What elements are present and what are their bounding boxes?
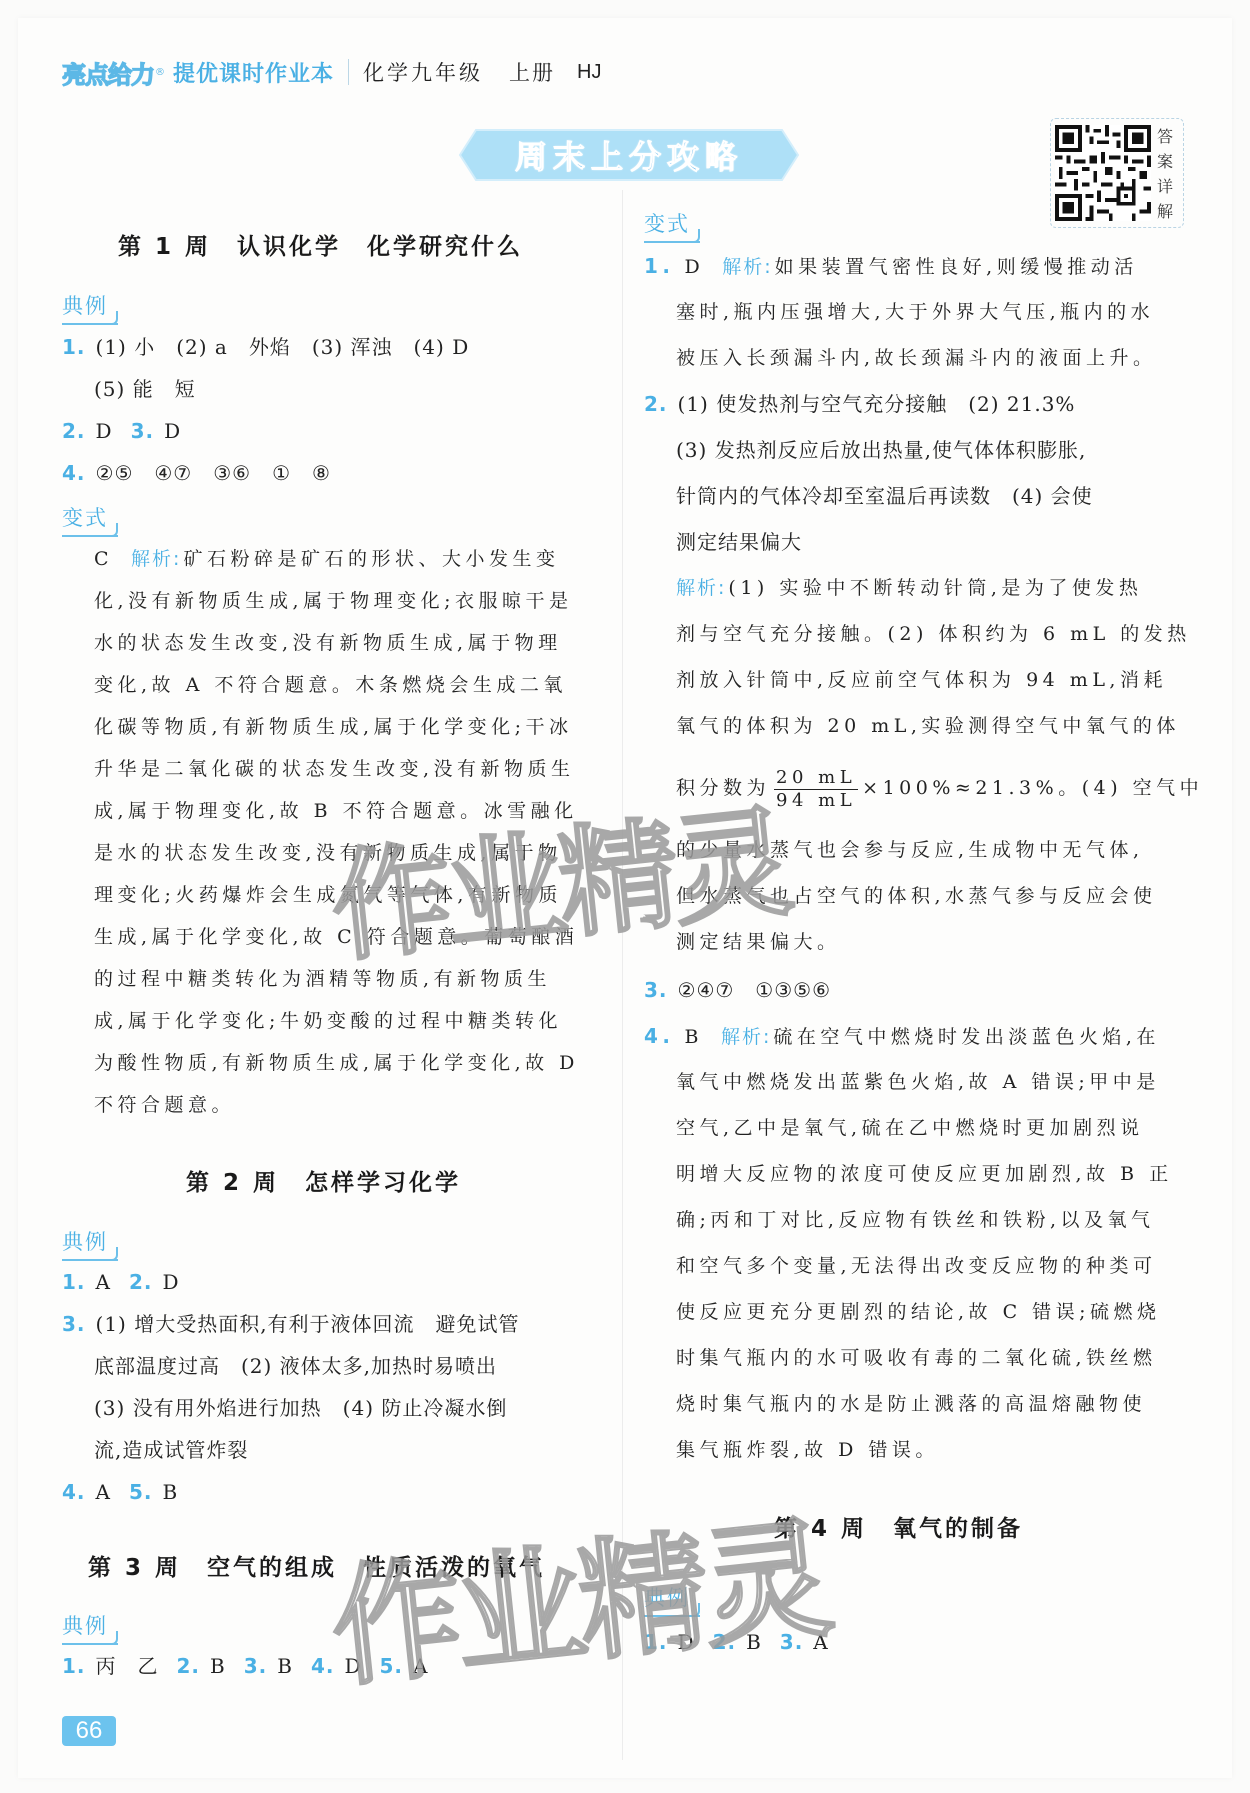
week2-example-q1-q2: 1.A2.D (62, 1268, 180, 1296)
volume: 上册 (509, 57, 555, 87)
week3-variant-q1-line: 塞时,瓶内压强增大,大于外界大气压,瓶内的水 (676, 298, 1154, 326)
week3-variant-q4-line: 确;丙和丁对比,反应物有铁丝和铁粉,以及氧气 (676, 1206, 1154, 1234)
week3-variant-q4-line: 明增大反应物的浓度可使反应更加剧烈,故 B 正 (676, 1160, 1173, 1188)
column-divider (622, 190, 623, 1760)
week1-variant-line: 升华是二氧化碳的状态发生改变,没有新物质生 (94, 755, 575, 783)
week1-variant-line: 生成,属于化学变化,故 C 符合题意。葡萄酿酒 (94, 923, 578, 951)
week2-example-q3-cont: 底部温度过高 (2) 液体太多,加热时易喷出 (94, 1352, 497, 1380)
week3-variant-q4-line: 空气,乙中是氧气,硫在乙中燃烧时更加剧烈说 (676, 1114, 1144, 1142)
week3-variant-q2-analysis: 解析:(1) 实验中不断转动针筒,是为了使发热 (676, 574, 1142, 602)
page-number: 66 (62, 1716, 116, 1746)
week3-variant-q4-line: 使反应更充分更剧烈的结论,故 C 错误;硫燃烧 (676, 1298, 1161, 1326)
week3-variant-q2-analysis-line: 剂与空气充分接触。(2) 体积约为 6 mL 的发热 (676, 620, 1191, 648)
week1-variant-line: 不符合题意。 (94, 1091, 235, 1119)
week3-variant-q2-formula-line: 积分数为20 mL94 mL×100%≈21.3%。(4) 空气中 (676, 764, 1203, 812)
week3-variant-q2: 2.(1) 使发热剂与空气充分接触 (2) 21.3% (644, 390, 1075, 418)
week3-variant-q2-analysis-line: 剂放入针筒中,反应前空气体积为 94 mL,消耗 (676, 666, 1167, 694)
week1-variant-line: 为酸性物质,有新物质生成,属于化学变化,故 D (94, 1049, 579, 1077)
week-1-title: 第 1 周 认识化学 化学研究什么 (118, 228, 523, 261)
week3-variant-q4-line: 氧气中燃烧发出蓝紫色火焰,故 A 错误;甲中是 (676, 1068, 1160, 1096)
example-label: 典例 (62, 1610, 118, 1645)
subject-grade: 化学九年级 (363, 57, 483, 87)
week1-variant-line: 理变化;火药爆炸会生成氮气等气体,有新物质 (94, 881, 562, 909)
week3-example-answers: 1.丙 乙2.B3.B4.D5.A (62, 1652, 428, 1680)
week1-example-q4: 4.②⑤ ④⑦ ③⑥ ① ⑧ (62, 459, 331, 487)
answer-qr-code[interactable]: 答 案 详 解 (1050, 118, 1184, 228)
week3-variant-q4-line: 时集气瓶内的水可吸收有毒的二氧化硫,铁丝燃 (676, 1344, 1157, 1372)
week2-example-q3-cont: 流,造成试管炸裂 (94, 1436, 248, 1464)
week3-variant-q1-line: 被压入长颈漏斗内,故长颈漏斗内的液面上升。 (676, 344, 1157, 372)
brand-logo: 亮点给力 (62, 55, 154, 90)
fraction: 20 mL94 mL (774, 767, 858, 812)
week4-example-answers: 1.D2.B3.A (644, 1628, 829, 1656)
week-3-title: 第 3 周 空气的组成 性质活泼的氧气 (88, 1549, 545, 1582)
week2-example-q3-cont: (3) 没有用外焰进行加热 (4) 防止冷凝水倒 (94, 1394, 507, 1422)
analysis-label: 解析: (131, 548, 181, 570)
week3-variant-q2-analysis-line: 氧气的体积为 20 mL,实验测得空气中氧气的体 (676, 712, 1180, 740)
section-banner: 周末上分攻略 (458, 128, 800, 182)
week3-variant-q2-line: 针筒内的气体冷却至室温后再读数 (4) 会使 (676, 482, 1093, 510)
week1-variant-line: 是水的状态发生改变,没有新物质生成,属于物 (94, 839, 562, 867)
week3-variant-q4-line: 烧时集气瓶内的水是防止溅落的高温熔融物使 (676, 1390, 1146, 1418)
week3-variant-q2-analysis-line: 的少量水蒸气也会参与反应,生成物中无气体, (676, 836, 1144, 864)
week1-variant-line: 水的状态发生改变,没有新物质生成,属于物理 (94, 629, 562, 657)
week3-variant-q3: 3.②④⑦ ①③⑤⑥ (644, 976, 831, 1004)
week3-variant-q4: 4.B解析:硫在空气中燃烧时发出淡蓝色火焰,在 (644, 1022, 1160, 1051)
week1-example-q1-cont: (5) 能 短 (94, 375, 196, 403)
week2-example-q3: 3.(1) 增大受热面积,有利于液体回流 避免试管 (62, 1310, 520, 1338)
week3-variant-q2-line: (3) 发热剂反应后放出热量,使气体体积膨胀, (676, 436, 1086, 464)
week1-variant-line: 的过程中糖类转化为酒精等物质,有新物质生 (94, 965, 551, 993)
qr-code-icon (1055, 124, 1151, 222)
analysis-label: 解析: (721, 1026, 771, 1048)
week2-example-q4-q5: 4.A5.B (62, 1478, 178, 1506)
banner-title: 周末上分攻略 (458, 128, 800, 182)
running-header: 亮点给力 ® 提优课时作业本 化学九年级 上册 HJ (62, 52, 601, 92)
header-divider (348, 59, 349, 85)
analysis-label: 解析: (722, 256, 772, 278)
week1-example-q2-q3: 2.D3.D (62, 417, 181, 445)
qr-caption: 答 案 详 解 (1157, 124, 1173, 222)
registered-mark: ® (155, 67, 165, 78)
example-label: 典例 (62, 290, 118, 325)
week1-variant-line: 变化,故 A 不符合题意。木条燃烧会生成二氧 (94, 671, 567, 699)
analysis-label: 解析: (676, 577, 726, 599)
week-4-title: 第 4 周 氧气的制备 (774, 1510, 1023, 1543)
week3-variant-q2-analysis-line: 但水蒸气也占空气的体积,水蒸气参与反应会使 (676, 882, 1157, 910)
week3-variant-q4-line: 集气瓶炸裂,故 D 错误。 (676, 1436, 939, 1464)
week3-variant-q4-line: 和空气多个变量,无法得出改变反应物的种类可 (676, 1252, 1157, 1280)
week1-variant-line: 成,属于化学变化;牛奶变酸的过程中糖类转化 (94, 1007, 562, 1035)
week3-variant-q2-analysis-line: 测定结果偏大。 (676, 928, 841, 956)
week1-variant-line-0: C解析:矿石粉碎是矿石的形状、大小发生变 (94, 545, 559, 573)
example-label: 典例 (62, 1226, 118, 1261)
variant-label: 变式 (644, 208, 700, 243)
week-2-title: 第 2 周 怎样学习化学 (186, 1164, 461, 1197)
week3-variant-q2-line: 测定结果偏大 (676, 528, 802, 556)
week1-example-q1: 1.(1) 小 (2) a 外焰 (3) 浑浊 (4) D (62, 333, 469, 361)
example-label: 典例 (644, 1582, 700, 1617)
variant-label: 变式 (62, 502, 118, 537)
week3-variant-q1: 1.D解析:如果装置气密性良好,则缓慢推动活 (644, 252, 1138, 281)
edition-code: HJ (577, 61, 601, 84)
week1-variant-line: 化碳等物质,有新物质生成,属于化学变化;干冰 (94, 713, 572, 741)
week1-variant-line: 化,没有新物质生成,属于物理变化;衣服晾干是 (94, 587, 572, 615)
week1-variant-line: 成,属于物理变化,故 B 不符合题意。冰雪融化 (94, 797, 578, 825)
series-title: 提优课时作业本 (173, 57, 334, 88)
